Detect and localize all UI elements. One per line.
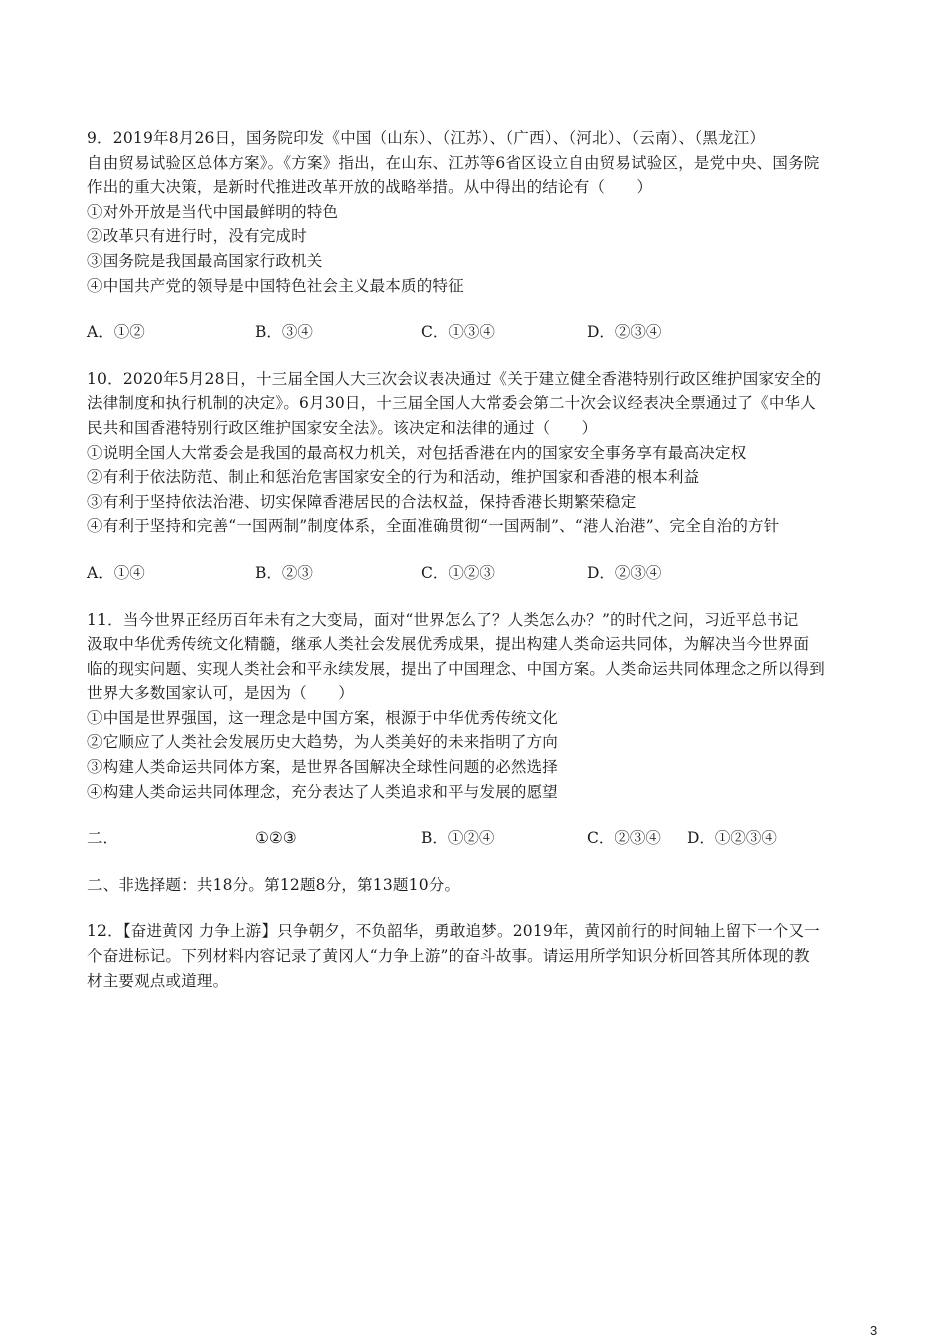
q11-options: 二． ①②③ B．①②④ C．②③④ D．①②③④ [87,826,865,851]
q12-line-3: 材主要观点或道理。 [87,969,865,994]
q11-stem-line-1: 11．当今世界正经历百年未有之大变局，面对“世界怎么了？人类怎么办？”的时代之问… [87,608,865,633]
question-9: 9．2019年8月26日，国务院印发《中国（山东）、（江苏）、（广西）、（河北）… [87,126,865,345]
q10-options: A．①④ B．②③ C．①②③ D．②③④ [87,561,865,586]
q10-stem-line-2: 法律制度和执行机制的决定》。6月30日，十三届全国人大常委会第二十次会议经表决全… [87,391,865,416]
q11-stem-line-2: 汲取中华优秀传统文化精髓，继承人类社会发展优秀成果，提出构建人类命运共同体，为解… [87,632,865,657]
q11-option-d: D．①②③④ [687,826,777,851]
q11-option-b: B．①②④ [421,826,494,851]
q11-statement-3: ③构建人类命运共同体方案，是世界各国解决全球性问题的必然选择 [87,755,865,780]
q11-statement-1: ①中国是世界强国，这一理念是中国方案，根源于中华优秀传统文化 [87,706,865,731]
q9-stem-line-2: 自由贸易试验区总体方案》。《方案》指出，在山东、江苏等6省区设立自由贸易试验区，… [87,151,865,176]
q11-option-label: 二． [87,826,118,851]
q11-option-a: ①②③ [255,826,297,851]
q11-stem-line-3: 临的现实问题、实现人类社会和平永续发展，提出了中国理念、中国方案。人类命运共同体… [87,657,865,682]
q9-stem-line-1: 9．2019年8月26日，国务院印发《中国（山东）、（江苏）、（广西）、（河北）… [87,126,865,151]
q11-option-c: C．②③④ [587,826,661,851]
q9-options: A．①② B．③④ C．①③④ D．②③④ [87,320,865,345]
question-11: 11．当今世界正经历百年未有之大变局，面对“世界怎么了？人类怎么办？”的时代之问… [87,608,865,851]
q9-statement-1: ①对外开放是当代中国最鲜明的特色 [87,200,865,225]
section-header: 二、非选择题：共18分。第12题8分，第13题10分。 [87,873,865,898]
q11-statement-4: ④构建人类命运共同体理念，充分表达了人类追求和平与发展的愿望 [87,780,865,805]
q10-option-d: D．②③④ [587,561,661,586]
q9-option-c: C．①③④ [421,320,495,345]
q9-option-d: D．②③④ [587,320,661,345]
q9-stem-line-3: 作出的重大决策，是新时代推进改革开放的战略举措。从中得出的结论有（ ） [87,175,865,200]
q9-statement-2: ②改革只有进行时，没有完成时 [87,224,865,249]
q10-statement-1: ①说明全国人大常委会是我国的最高权力机关，对包括香港在内的国家安全事务享有最高决… [87,441,865,466]
q10-option-c: C．①②③ [421,561,495,586]
q11-stem-line-4: 世界大多数国家认可，是因为（ ） [87,681,865,706]
question-10: 10．2020年5月28日，十三届全国人大三次会议表决通过《关于建立健全香港特别… [87,367,865,586]
q10-statement-2: ②有利于依法防范、制止和惩治危害国家安全的行为和活动，维护国家和香港的根本利益 [87,465,865,490]
page-number: 3 [870,1323,877,1338]
q12-line-1: 12．【奋进黄冈 力争上游】只争朝夕，不负韶华，勇敢追梦。2019年，黄冈前行的… [87,919,865,944]
q10-statement-4: ④有利于坚持和完善“一国两制”制度体系，全面准确贯彻“一国两制”、“港人治港”、… [87,514,865,539]
q10-statement-3: ③有利于坚持依法治港、切实保障香港居民的合法权益，保持香港长期繁荣稳定 [87,490,865,515]
q10-option-a: A．①④ [87,561,145,586]
q10-stem-line-1: 10．2020年5月28日，十三届全国人大三次会议表决通过《关于建立健全香港特别… [87,367,865,392]
document-page: 9．2019年8月26日，国务院印发《中国（山东）、（江苏）、（广西）、（河北）… [87,126,865,993]
question-12: 12．【奋进黄冈 力争上游】只争朝夕，不负韶华，勇敢追梦。2019年，黄冈前行的… [87,919,865,993]
q9-statement-4: ④中国共产党的领导是中国特色社会主义最本质的特征 [87,274,865,299]
q11-statement-2: ②它顺应了人类社会发展历史大趋势，为人类美好的未来指明了方向 [87,730,865,755]
q10-stem-line-3: 民共和国香港特别行政区维护国家安全法》。该决定和法律的通过（ ） [87,416,865,441]
q9-option-a: A．①② [87,320,145,345]
q12-line-2: 个奋进标记。下列材料内容记录了黄冈人“力争上游”的奋斗故事。请运用所学知识分析回… [87,944,865,969]
q10-option-b: B．②③ [255,561,313,586]
q9-option-b: B．③④ [255,320,313,345]
q9-statement-3: ③国务院是我国最高国家行政机关 [87,249,865,274]
